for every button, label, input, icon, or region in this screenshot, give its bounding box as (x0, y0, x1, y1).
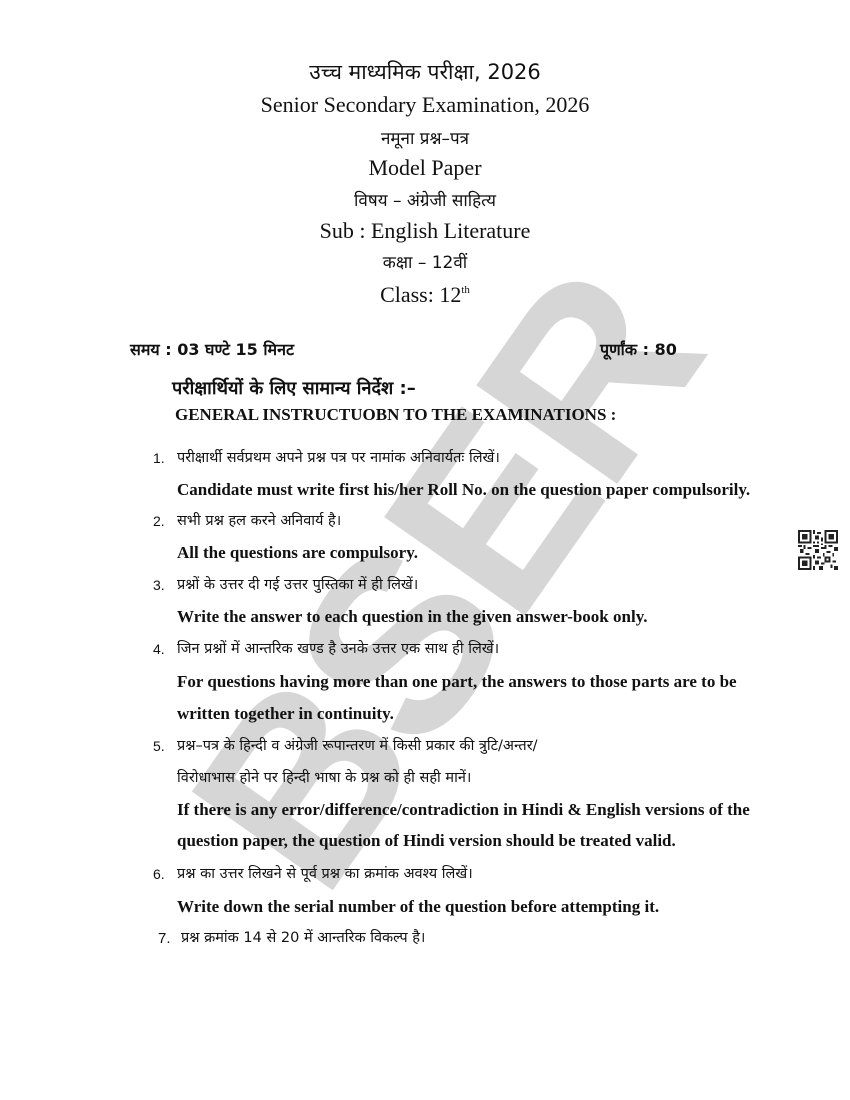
paper-type-hindi: नमूना प्रश्न–पत्र (0, 126, 850, 149)
subject-hindi: विषय – अंग्रेजी साहित्य (0, 188, 850, 211)
qr-code-icon (798, 530, 838, 570)
instructions-heading-english: GENERAL INSTRUCTUOBN TO THE EXAMINATIONS… (175, 405, 616, 425)
item-number: 1. (153, 450, 165, 466)
item-text-english: For questions having more than one part,… (177, 672, 737, 692)
exam-title-english: Senior Secondary Examination, 2026 (0, 92, 850, 118)
item-text-english: Candidate must write first his/her Roll … (177, 480, 750, 500)
class-english-number: Class: 12 (380, 282, 461, 307)
item-text-english-cont: question paper, the question of Hindi ve… (177, 831, 676, 851)
exam-duration: समय : 03 घण्टे 15 मिनट (130, 338, 294, 360)
item-text-hindi: जिन प्रश्नों में आन्तरिक खण्ड है उनके उत… (177, 638, 499, 658)
paper-type-english: Model Paper (0, 155, 850, 181)
item-number: 4. (153, 641, 165, 657)
exam-title-hindi: उच्च माध्यमिक परीक्षा, 2026 (0, 58, 850, 86)
item-text-hindi-cont: विरोधाभास होने पर हिन्दी भाषा के प्रश्न … (177, 767, 471, 787)
item-text-hindi: प्रश्न का उत्तर लिखने से पूर्व प्रश्न का… (177, 863, 473, 883)
item-text-hindi: परीक्षार्थी सर्वप्रथम अपने प्रश्न पत्र प… (177, 447, 500, 467)
item-text-hindi: सभी प्रश्न हल करने अनिवार्य है। (177, 510, 341, 530)
item-number: 3. (153, 577, 165, 593)
instructions-heading-hindi: परीक्षार्थियों के लिए सामान्य निर्देश :– (172, 376, 416, 400)
item-text-hindi: प्रश्न क्रमांक 14 से 20 में आन्तरिक विकल… (181, 927, 425, 947)
item-text-english: Write down the serial number of the ques… (177, 897, 659, 917)
item-text-english: Write the answer to each question in the… (177, 607, 648, 627)
item-number: 7. (158, 930, 171, 947)
item-number: 2. (153, 513, 165, 529)
item-number: 6. (153, 866, 165, 882)
max-marks: पूर्णांक : 80 (600, 338, 677, 360)
item-text-english: All the questions are compulsory. (177, 543, 418, 563)
class-english: Class: 12th (0, 282, 850, 308)
item-text-hindi: प्रश्नों के उत्तर दी गई उत्तर पुस्तिका म… (177, 574, 418, 594)
item-text-english-cont: written together in continuity. (177, 704, 394, 724)
item-text-hindi: प्रश्न–पत्र के हिन्दी व अंग्रेजी रूपान्त… (177, 735, 538, 755)
class-hindi: कक्षा – 12वीं (0, 250, 850, 273)
item-text-english: If there is any error/difference/contrad… (177, 800, 750, 820)
subject-english: Sub : English Literature (0, 218, 850, 244)
item-number: 5. (153, 738, 165, 754)
class-english-suffix: th (461, 284, 470, 296)
